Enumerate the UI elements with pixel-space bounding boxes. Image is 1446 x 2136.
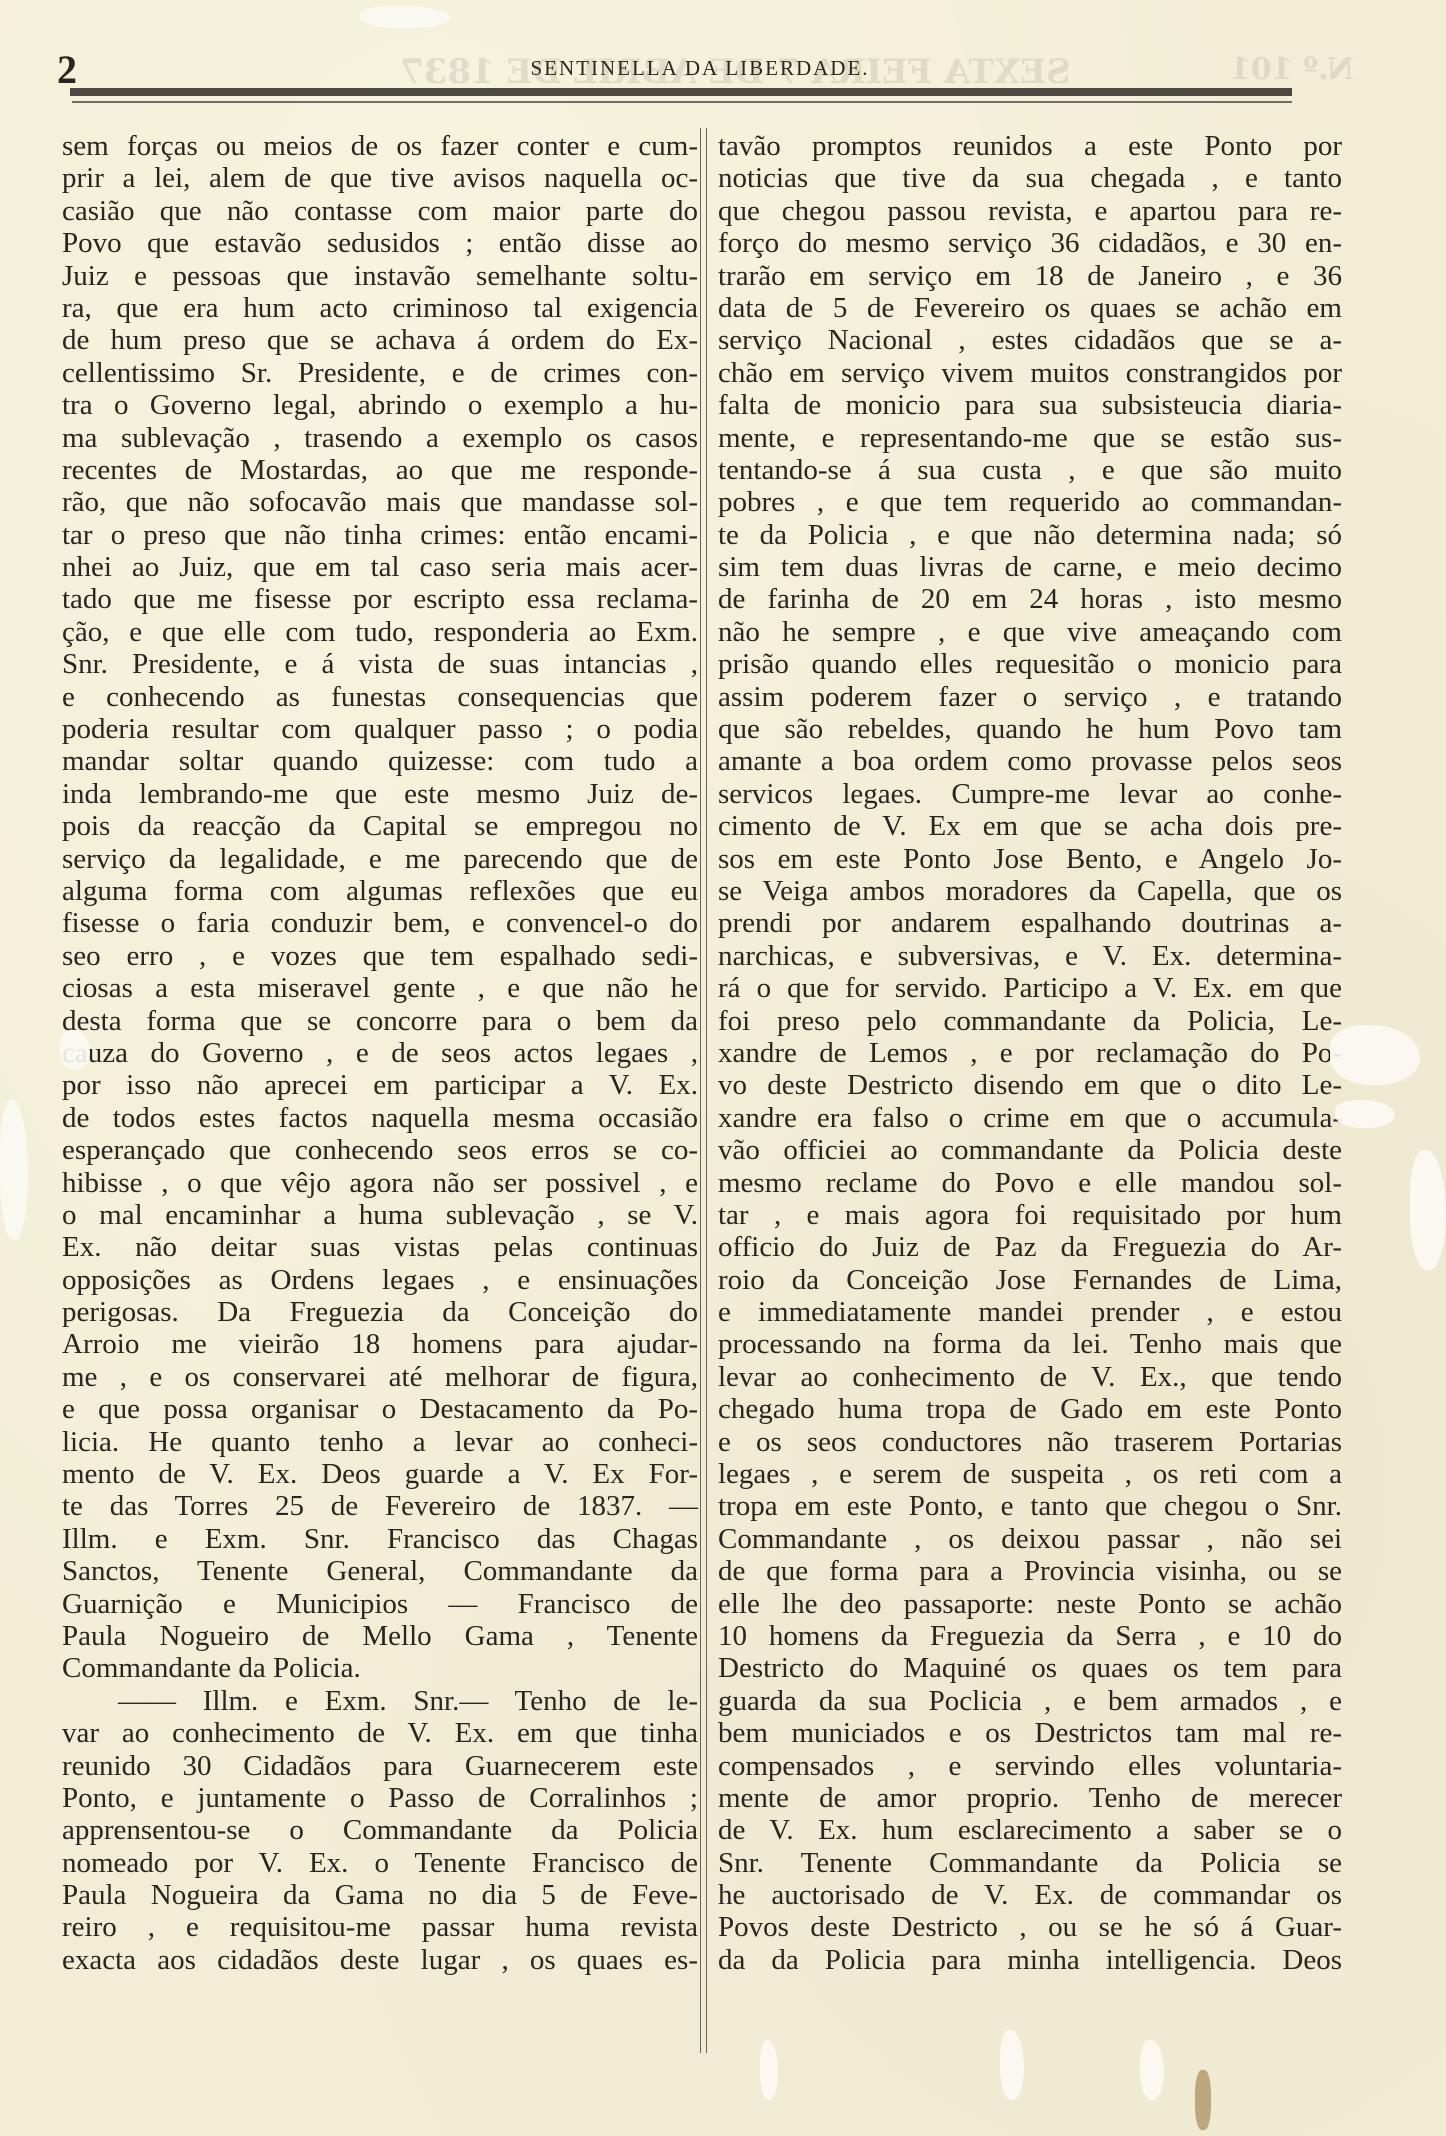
text-line: nhei ao Juiz, que em tal caso seria mais… xyxy=(62,551,698,583)
text-line: roio da Conceição Jose Fernandes de Lima… xyxy=(718,1264,1342,1296)
text-line: Destricto do Maquiné os quaes os tem par… xyxy=(718,1652,1342,1684)
text-line: Snr. Tenente Commandante da Policia se xyxy=(718,1847,1342,1879)
text-line: sim tem duas livras de carne, e meio dec… xyxy=(718,551,1342,583)
text-line: sem forças ou meios de os fazer conter e… xyxy=(62,130,698,162)
text-line: cauza do Governo , e de seos actos legae… xyxy=(62,1037,698,1069)
text-line: esperançado que conhecendo seos erros se… xyxy=(62,1134,698,1166)
text-line: mesmo reclame do Povo e elle mandou sol- xyxy=(718,1167,1342,1199)
text-line: noticias que tive da sua chegada , e tan… xyxy=(718,162,1342,194)
text-line: Illm. e Exm. Snr. Francisco das Chagas xyxy=(62,1523,698,1555)
masthead-title: SENTINELLA DA LIBERDADE. xyxy=(55,56,1345,81)
text-line: ra, que era hum acto criminoso tal exige… xyxy=(62,292,698,324)
text-line: vo deste Destricto disendo em que o dito… xyxy=(718,1069,1342,1101)
text-line: inda lembrando-me que este mesmo Juiz de… xyxy=(62,778,698,810)
text-line: prir a lei, alem de que tive avisos naqu… xyxy=(62,162,698,194)
text-line: ção, e que elle com tudo, responderia ao… xyxy=(62,616,698,648)
text-line: tar o preso que não tinha crimes: então … xyxy=(62,519,698,551)
text-line: tar , e mais agora foi requisitado por h… xyxy=(718,1199,1342,1231)
text-line: Snr. Presidente, e á vista de suas intan… xyxy=(62,648,698,680)
text-line: compensados , e servindo elles voluntari… xyxy=(718,1750,1342,1782)
text-line: Ponto, e juntamente o Passo de Corralinh… xyxy=(62,1782,698,1814)
text-line: casião que não contasse com maior parte … xyxy=(62,195,698,227)
column-right: tavão promptos reunidos a este Ponto por… xyxy=(718,130,1342,1976)
paper-damage xyxy=(360,6,450,28)
text-line: alguma forma com algumas reflexões que e… xyxy=(62,875,698,907)
text-line: de hum preso que se achava á ordem do Ex… xyxy=(62,324,698,356)
text-line: serviço Nacional , estes cidadãos que se… xyxy=(718,324,1342,356)
text-line: pois da reacção da Capital se empregou n… xyxy=(62,810,698,842)
text-line: Guarnição e Municipios — Francisco de xyxy=(62,1588,698,1620)
text-line: Commandante da Policia. xyxy=(62,1652,698,1684)
text-line: e os seos conductores não traserem Porta… xyxy=(718,1426,1342,1458)
text-line: exacta aos cidadãos deste lugar , os qua… xyxy=(62,1944,698,1976)
text-line: Paula Nogueira da Gama no dia 5 de Feve- xyxy=(62,1879,698,1911)
text-line: narchicas, e subversivas, e V. Ex. deter… xyxy=(718,940,1342,972)
text-line: Commandante , os deixou passar , não sei xyxy=(718,1523,1342,1555)
text-line: da da Policia para minha intelligencia. … xyxy=(718,1944,1342,1976)
text-line: opposições as Ordens legaes , e ensinuaç… xyxy=(62,1264,698,1296)
text-line: Arroio me vieirão 18 homens para ajudar- xyxy=(62,1328,698,1360)
paper-damage xyxy=(60,1030,90,1070)
text-line: o mal encaminhar a huma sublevação , se … xyxy=(62,1199,698,1231)
text-line: tado que me fisesse por escripto essa re… xyxy=(62,583,698,615)
text-line: Paula Nogueiro de Mello Gama , Tenente xyxy=(62,1620,698,1652)
text-line: prisão quando elles requesitão o monicio… xyxy=(718,648,1342,680)
header-rule-thin xyxy=(72,101,1292,103)
text-line: xandre era falso o crime em que o accumu… xyxy=(718,1102,1342,1134)
text-line: tavão promptos reunidos a este Ponto por xyxy=(718,130,1342,162)
text-line: te das Torres 25 de Fevereiro de 1837. — xyxy=(62,1490,698,1522)
text-line: amante a boa ordem como provasse pelos s… xyxy=(718,745,1342,777)
text-line: hibisse , o que vêjo agora não ser possi… xyxy=(62,1167,698,1199)
text-line: rão, que não sofocavão mais que mandasse… xyxy=(62,486,698,518)
text-line: de V. Ex. hum esclarecimento a saber se … xyxy=(718,1814,1342,1846)
text-line: e immediatamente mandei prender , e esto… xyxy=(718,1296,1342,1328)
text-line: recentes de Mostardas, ao que me respond… xyxy=(62,454,698,486)
text-line: mente, e representando-me que se estão s… xyxy=(718,422,1342,454)
text-line: mandar soltar quando quizesse: com tudo … xyxy=(62,745,698,777)
text-line: desta forma que se concorre para o bem d… xyxy=(62,1005,698,1037)
text-line: levar ao conhecimento de V. Ex., que ten… xyxy=(718,1361,1342,1393)
text-line: chegado huma tropa de Gado em este Ponto xyxy=(718,1393,1342,1425)
text-line: Povo que estavão sedusidos ; então disse… xyxy=(62,227,698,259)
text-line: tropa em este Ponto, e tanto que chegou … xyxy=(718,1490,1342,1522)
header-rule-thick xyxy=(70,88,1292,96)
text-line: e conhecendo as funestas consequencias q… xyxy=(62,681,698,713)
text-line: data de 5 de Fevereiro os quaes se achão… xyxy=(718,292,1342,324)
text-line: Ex. não deitar suas vistas pelas continu… xyxy=(62,1231,698,1263)
text-line: forço do mesmo serviço 36 cidadãos, e 30… xyxy=(718,227,1342,259)
text-line: de que forma para a Provincia visinha, o… xyxy=(718,1555,1342,1587)
text-line: elle lhe deo passaporte: neste Ponto se … xyxy=(718,1588,1342,1620)
text-line: bem municiados e os Destrictos tam mal r… xyxy=(718,1717,1342,1749)
text-line: servicos legaes. Cumpre-me levar ao conh… xyxy=(718,778,1342,810)
text-line: se Veiga ambos moradores da Capella, que… xyxy=(718,875,1342,907)
text-line: tra o Governo legal, abrindo o exemplo a… xyxy=(62,389,698,421)
text-line: ma sublevação , trasendo a exemplo os ca… xyxy=(62,422,698,454)
text-line: seo erro , e vozes que tem espalhado sed… xyxy=(62,940,698,972)
paper-damage xyxy=(1335,1100,1395,1128)
text-line: me , e os conservarei até melhorar de fi… xyxy=(62,1361,698,1393)
text-line: var ao conhecimento de V. Ex. em que tin… xyxy=(62,1717,698,1749)
text-line: sos em este Ponto Jose Bento, e Angelo J… xyxy=(718,843,1342,875)
text-line: xandre de Lemos , e por reclamação do Po… xyxy=(718,1037,1342,1069)
text-line: serviço da legalidade, e me parecendo qu… xyxy=(62,843,698,875)
text-line: falta de monicio para sua subsisteucia d… xyxy=(718,389,1342,421)
paper-stain-brown xyxy=(1195,2070,1211,2130)
text-line: não he sempre , e que vive ameaçando com xyxy=(718,616,1342,648)
text-line: processando na forma da lei. Tenho mais … xyxy=(718,1328,1342,1360)
text-line: foi preso pelo commandante da Policia, L… xyxy=(718,1005,1342,1037)
text-line: de todos estes factos naquella mesma occ… xyxy=(62,1102,698,1134)
text-line: apprensentou-se o Commandante da Policia xyxy=(62,1814,698,1846)
text-line: mento de V. Ex. Deos guarde a V. Ex For- xyxy=(62,1458,698,1490)
column-divider xyxy=(700,128,707,2053)
text-line: nomeado por V. Ex. o Tenente Francisco d… xyxy=(62,1847,698,1879)
text-line: que chegou passou revista, e apartou par… xyxy=(718,195,1342,227)
text-line: Juiz e pessoas que instavão semelhante s… xyxy=(62,260,698,292)
text-line: fisesse o faria conduzir bem, e convence… xyxy=(62,907,698,939)
text-line: pobres , e que tem requerido ao commanda… xyxy=(718,486,1342,518)
text-line: officio do Juiz de Paz da Freguezia do A… xyxy=(718,1231,1342,1263)
text-line: Povos deste Destricto , ou se he só á Gu… xyxy=(718,1911,1342,1943)
text-line: legaes , e serem de suspeita , os reti c… xyxy=(718,1458,1342,1490)
text-line: 10 homens da Freguezia da Serra , e 10 d… xyxy=(718,1620,1342,1652)
text-line: prendi por andarem espalhando doutrinas … xyxy=(718,907,1342,939)
text-line: que são rebeldes, quando he hum Povo tam xyxy=(718,713,1342,745)
text-line: assim poderem fazer o serviço , e tratan… xyxy=(718,681,1342,713)
text-line: te da Policia , e que não determina nada… xyxy=(718,519,1342,551)
column-left: sem forças ou meios de os fazer conter e… xyxy=(62,130,698,1976)
text-line: trarão em serviço em 18 de Janeiro , e 3… xyxy=(718,260,1342,292)
text-line: ciosas a esta miseravel gente , e que nã… xyxy=(62,972,698,1004)
text-line: por isso não aprecei em participar a V. … xyxy=(62,1069,698,1101)
text-line: e que possa organisar o Destacamento da … xyxy=(62,1393,698,1425)
text-line: cellentissimo Sr. Presidente, e de crime… xyxy=(62,357,698,389)
text-line: reiro , e requisitou-me passar huma revi… xyxy=(62,1911,698,1943)
text-line: chão em serviço vivem muitos constrangid… xyxy=(718,357,1342,389)
text-line: poderia resultar com qualquer passo ; o … xyxy=(62,713,698,745)
text-line: he auctorisado de V. Ex. de commandar os xyxy=(718,1879,1342,1911)
text-line: vão officiei ao commandante da Policia d… xyxy=(718,1134,1342,1166)
text-line: rá o que for servido. Participo a V. Ex.… xyxy=(718,972,1342,1004)
text-line: cimento de V. Ex em que se acha dois pre… xyxy=(718,810,1342,842)
text-line: de farinha de 20 em 24 horas , isto mesm… xyxy=(718,583,1342,615)
text-line: Sanctos, Tenente General, Commandante da xyxy=(62,1555,698,1587)
text-line: guarda da sua Poclicia , e bem armados ,… xyxy=(718,1685,1342,1717)
text-line: reunido 30 Cidadãos para Guarnecerem est… xyxy=(62,1750,698,1782)
text-line: mente de amor proprio. Tenho de merecer xyxy=(718,1782,1342,1814)
text-line: licia. He quanto tenho a levar ao conhec… xyxy=(62,1426,698,1458)
text-line: —— Illm. e Exm. Snr.— Tenho de le- xyxy=(62,1685,698,1717)
text-line: perigosas. Da Freguezia da Conceição do xyxy=(62,1296,698,1328)
text-line: tentando-se á sua custa , e que são muit… xyxy=(718,454,1342,486)
